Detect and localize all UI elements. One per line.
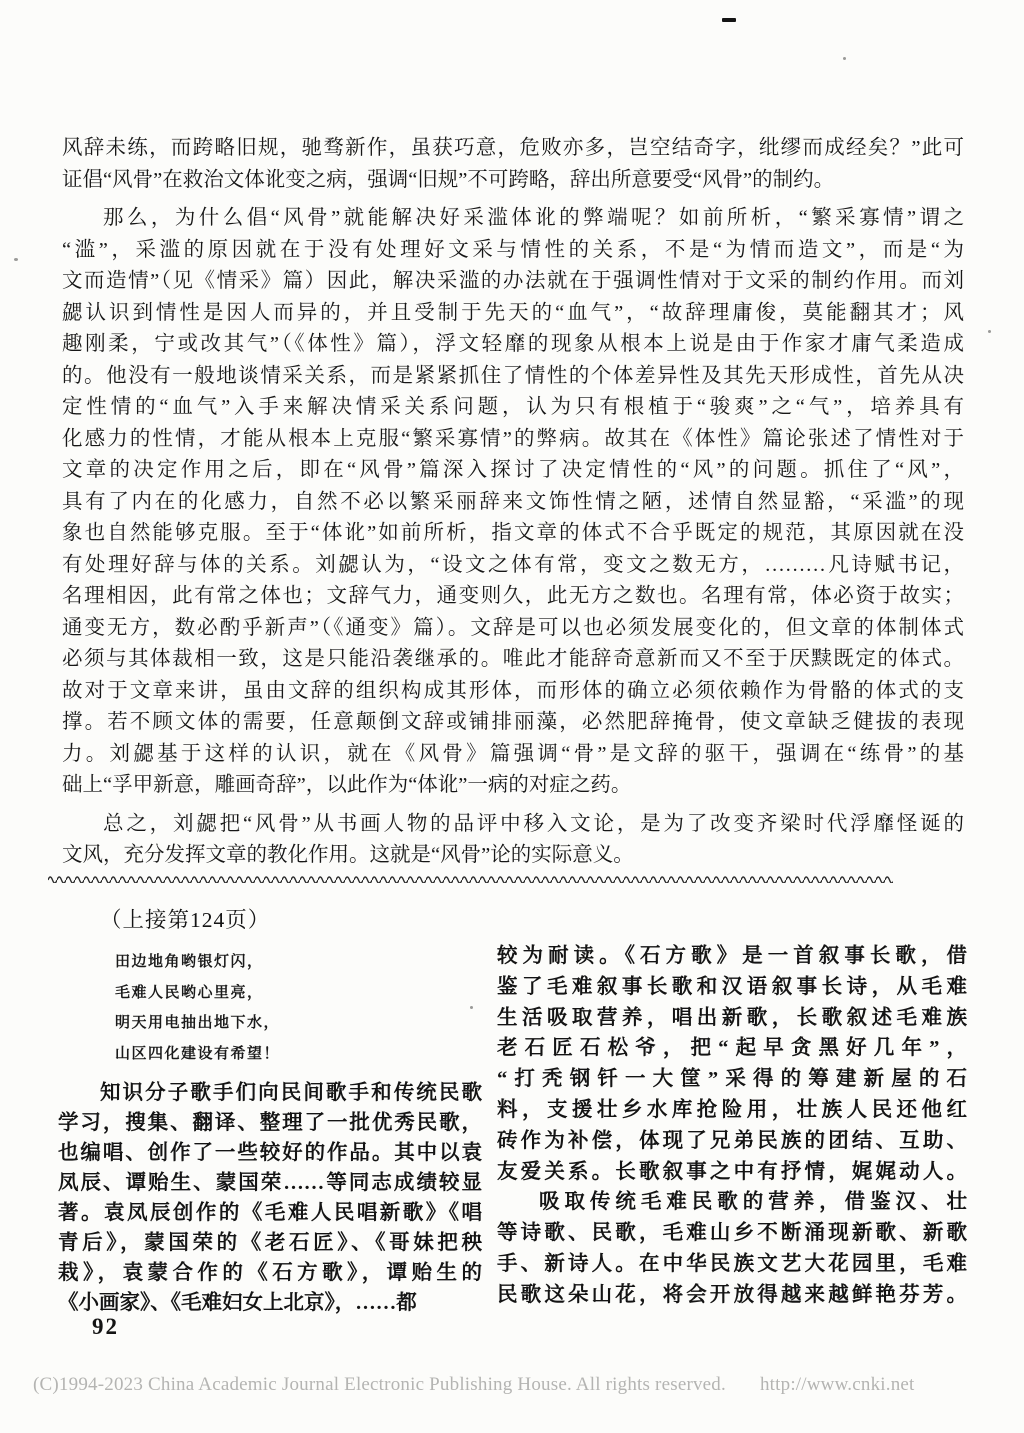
article-text-line: “滥”，采滥的原因就在于没有处理好文采与情性的关系，不是“为情而造文”，而是“为 — [62, 235, 964, 267]
footer: (C)1994-2023 China Academic Journal Elec… — [33, 1374, 989, 1396]
column-text-line: 凤辰、谭贻生、蒙国荣……等同志成绩较显 — [58, 1168, 482, 1198]
scanned-journal-page: { "page": { "page_number": "92", "footer… — [0, 0, 1024, 1433]
column-text-line: 青后》，蒙国荣的《老石匠》、《哥妹把秧 — [58, 1228, 482, 1258]
column-text-line: 友爱关系。长歌叙事之中有抒情，娓娓动人。 — [497, 1157, 967, 1188]
article-text-line: 撑。若不顾文体的需要，任意颠倒文辞或铺排丽藻，必然肥辞掩骨，使文章缺乏健拔的表现 — [62, 707, 964, 739]
scan-speck — [14, 258, 18, 261]
article-text-line: 证倡“风骨”在救治文体讹变之病，强调“旧规”不可跨略，辞出所意要受“风骨”的制约… — [62, 165, 964, 197]
article-text-line: 故对于文章来讲，虽由文辞的组织构成其形体，而形体的确立必须依赖作为骨骼的体式的支 — [62, 676, 964, 708]
poem-line: 田边地角哟银灯闪， — [115, 947, 482, 978]
article-text-line: 力。刘勰基于这样的认识，就在《风骨》篇强调“骨”是文辞的驱干，强调在“练骨”的基 — [62, 739, 964, 771]
poem-line: 山区四化建设有希望！ — [115, 1039, 482, 1070]
column-text-line: 学习，搜集、翻译、整理了一批优秀民歌， — [58, 1108, 482, 1138]
article-text-line: 文风，充分发挥文章的教化作用。这就是“风骨”论的实际意义。 — [62, 840, 964, 872]
article-text-line: 通变无方，数必酌乎新声”（《通变》篇）。文辞是可以也必须发展变化的，但文章的体制… — [62, 613, 964, 645]
continuation-right-column: 较为耐读。《石方歌》是一首叙事长歌，借鉴了毛难叙事长歌和汉语叙事长诗，从毛难生活… — [497, 941, 967, 1311]
column-text-line: 老石匠石松爷，把“起早贪黑好几年”， — [497, 1033, 967, 1064]
column-text-line: 手、新诗人。在中华民族文艺大花园里，毛难 — [497, 1249, 967, 1280]
article-text-line: 趣刚柔，宁或改其气”（《体性》篇），浮文轻靡的现象从根本上说是由于作家才庸气柔造… — [62, 329, 964, 361]
column-text-line: “打秃钢钎一大筐”采得的筹建新屋的石 — [497, 1064, 967, 1095]
scan-speck — [843, 57, 846, 60]
article-text-line: 名理相因，此有常之体也；文辞气力，通变则久，此无方之数也。名理有常，体必资于故实… — [62, 581, 964, 613]
article-text-line: 象也自然能够克服。至于“体讹”如前所析，指文章的体式不合乎既定的规范，其原因就在… — [62, 518, 964, 550]
column-text-line: 知识分子歌手们向民间歌手和传统民歌 — [58, 1078, 482, 1108]
footer-copyright: (C)1994-2023 China Academic Journal Elec… — [33, 1374, 726, 1396]
footer-url: http://www.cnki.net — [760, 1374, 915, 1396]
left-column-text: 知识分子歌手们向民间歌手和传统民歌学习，搜集、翻译、整理了一批优秀民歌，也编唱、… — [58, 1078, 482, 1318]
article-text-line: 定性情的“血气”入手来解决情采关系问题，认为只有根植于“骏爽”之“气”，培养具有 — [62, 392, 964, 424]
column-text-line: 《小画家》、《毛难妇女上北京》，……都 — [58, 1288, 482, 1318]
article-text-line: 化感力的性情，才能从根本上克服“繁采寡情”的弊病。故其在《体性》篇论张述了情性对… — [62, 424, 964, 456]
article-body: 风辞未练，而跨略旧规，驰骛新作，虽获巧意，危败亦多，岂空结奇字，纰缪而成经矣？”… — [62, 133, 964, 872]
column-text-line: 砖作为补偿，体现了兄弟民族的团结、互助、 — [497, 1126, 967, 1157]
article-text-line: 那么，为什么倡“风骨”就能解决好采滥体讹的弊端呢？如前所析，“繁采寡情”谓之 — [62, 203, 964, 235]
scan-dash-mark — [722, 18, 736, 22]
scan-speck — [988, 330, 991, 333]
article-text-line: 文而造情”（见《情采》篇）因此，解决采滥的办法就在于强调性情对于文采的制约作用。… — [62, 266, 964, 298]
article-text-line: 风辞未练，而跨略旧规，驰骛新作，虽获巧意，危败亦多，岂空结奇字，纰缪而成经矣？”… — [62, 133, 964, 165]
article-text-line: 有处理好辞与体的关系。刘勰认为，“设文之体有常，变文之数无方，………凡诗赋书记， — [62, 550, 964, 582]
article-text-line: 础上“孚甲新意，雕画奇辞”，以此作为“体讹”一病的对症之药。 — [62, 770, 964, 802]
column-text-line: 吸取传统毛难民歌的营养，借鉴汉、壮 — [497, 1187, 967, 1218]
column-text-line: 等诗歌、民歌，毛难山乡不断涌现新歌、新歌 — [497, 1218, 967, 1249]
article-text-line: 具有了内在的化感力，自然不必以繁采丽辞来文饰性情之陋，述情自然显豁，“采滥”的现 — [62, 487, 964, 519]
poem-block: 田边地角哟银灯闪，毛难人民哟心里亮，明天用电抽出地下水，山区四化建设有希望！ — [58, 947, 482, 1069]
poem-line: 明天用电抽出地下水， — [115, 1008, 482, 1039]
wavy-divider — [48, 873, 893, 883]
column-text-line: 鉴了毛难叙事长歌和汉语叙事长诗，从毛难 — [497, 972, 967, 1003]
article-text-line: 总之，刘勰把“风骨”从书画人物的品评中移入文论，是为了改变齐梁时代浮靡怪诞的 — [62, 809, 964, 841]
page-number: 92 — [92, 1314, 119, 1340]
continued-from-note: （上接第124页） — [58, 906, 482, 934]
column-text-line: 料，支援壮乡水库抢险用，壮族人民还他红 — [497, 1095, 967, 1126]
article-text-line: 必须与其体裁相一致，这是只能沿袭继承的。唯此才能辞奇意新而又不至于厌黩既定的体式… — [62, 644, 964, 676]
column-text-line: 较为耐读。《石方歌》是一首叙事长歌，借 — [497, 941, 967, 972]
poem-line: 毛难人民哟心里亮， — [115, 978, 482, 1009]
continuation-left-column: （上接第124页） 田边地角哟银灯闪，毛难人民哟心里亮，明天用电抽出地下水，山区… — [58, 906, 482, 1318]
article-text-line: 勰认识到情性是因人而异的，并且受制于先天的“血气”，“故辞理庸俊，莫能翻其才；风 — [62, 298, 964, 330]
column-text-line: 著。袁凤辰创作的《毛难人民唱新歌》《唱 — [58, 1198, 482, 1228]
column-text-line: 也编唱、创作了一些较好的作品。其中以袁 — [58, 1138, 482, 1168]
article-text-line: 的。他没有一般地谈情采关系，而是紧紧抓住了情性的个体差异性及其先天形成性，首先从… — [62, 361, 964, 393]
column-text-line: 生活吸取营养，唱出新歌，长歌叙述毛难族 — [497, 1003, 967, 1034]
column-text-line: 栽》，袁蒙合作的《石方歌》，谭贻生的 — [58, 1258, 482, 1288]
article-text-line: 文章的决定作用之后，即在“风骨”篇深入探讨了决定情性的“风”的问题。抓住了“风”… — [62, 455, 964, 487]
column-text-line: 民歌这朵山花，将会开放得越来越鲜艳芬芳。 — [497, 1280, 967, 1311]
